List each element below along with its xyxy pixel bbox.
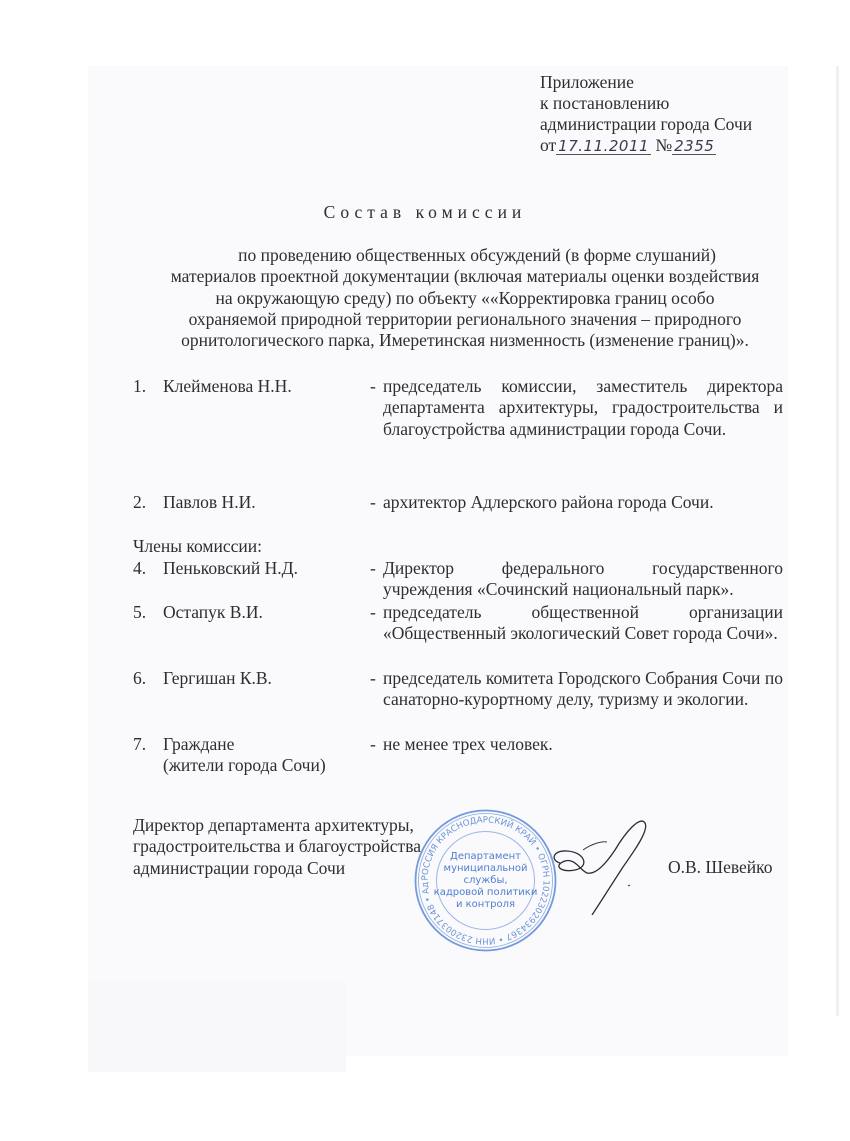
stamp-line-2: муниципальной: [444, 863, 528, 875]
member-dash: -: [370, 376, 376, 397]
number-prefix: №: [655, 135, 672, 155]
member-dash: -: [370, 602, 376, 623]
signatory-title-line-3: администрации города Сочи: [133, 858, 421, 879]
appendix-line-1: Приложение: [540, 72, 752, 93]
subtitle-line-5: орнитологического парка, Имеретинская ни…: [125, 330, 805, 351]
member-number: 7.: [133, 734, 146, 755]
handwritten-number: 2355: [672, 138, 716, 155]
member-name: Гергишан К.В.: [163, 668, 272, 689]
appendix-header: Приложение к постановлению администрации…: [540, 72, 752, 156]
member-description: Директор федерального государственного у…: [383, 558, 783, 601]
handwritten-signature-icon: [545, 815, 665, 915]
member-description: не менее трех человек.: [383, 734, 783, 755]
member-dash: -: [370, 668, 376, 689]
member-description: председатель комиссии, заместитель дирек…: [383, 376, 783, 440]
member-name: Пеньковский Н.Д.: [163, 558, 298, 579]
member-name: Павлов Н.И.: [163, 492, 256, 513]
stamp-line-4: кадровой политики: [434, 887, 538, 899]
document-title: Состав комиссии: [0, 202, 850, 223]
document-subtitle: по проведению общественных обсуждений (в…: [125, 245, 805, 351]
member-number: 6.: [133, 668, 146, 689]
appendix-line-2: к постановлению: [540, 93, 752, 114]
member-name: Граждане (жители города Сочи): [163, 734, 326, 777]
member-number: 1.: [133, 376, 146, 397]
date-prefix: от: [540, 135, 556, 155]
subtitle-line-2: материалов проектной документации (включ…: [125, 266, 805, 287]
member-description: председатель общественной организации «О…: [383, 602, 783, 645]
member-name: Клейменова Н.Н.: [163, 376, 292, 397]
signature-block: Директор департамента архитектуры, градо…: [133, 815, 421, 879]
stamp-line-3: службы,: [463, 875, 507, 887]
member-description: архитектор Адлерского района города Сочи…: [383, 492, 783, 513]
scan-background-lower: [88, 980, 346, 1072]
signatory-name: О.В. Шевейко: [668, 857, 773, 878]
official-stamp: РОССИЯ КРАСНОДАРСКИЙ КРАЙ • ОГРН 1022302…: [413, 808, 558, 953]
stamp-center-text: Департамент муниципальной службы, кадров…: [413, 808, 558, 953]
member-dash: -: [370, 734, 376, 755]
appendix-line-3: администрации города Сочи: [540, 114, 752, 135]
member-dash: -: [370, 558, 376, 579]
member-number: 4.: [133, 558, 146, 579]
signatory-title-line-1: Директор департамента архитектуры,: [133, 815, 421, 836]
signatory-title-line-2: градостроительства и благоустройства: [133, 836, 421, 857]
appendix-date-line: от17.11.2011 №2355: [540, 135, 752, 156]
stamp-line-5: и контроля: [456, 899, 515, 911]
members-section-label: Члены комиссии:: [133, 536, 262, 557]
member-name-line-2: (жители города Сочи): [163, 755, 326, 775]
subtitle-line-3: на окружающую среду) по объекту ««Коррек…: [125, 288, 805, 309]
subtitle-line-1: по проведению общественных обсуждений (в…: [125, 245, 805, 266]
member-name-line-1: Граждане: [163, 734, 234, 754]
member-description: председатель комитета Городского Собрани…: [383, 668, 783, 711]
handwritten-date: 17.11.2011: [556, 138, 651, 155]
stamp-line-1: Департамент: [450, 851, 521, 863]
member-number: 2.: [133, 492, 146, 513]
member-dash: -: [370, 492, 376, 513]
member-number: 5.: [133, 602, 146, 623]
member-name: Остапук В.И.: [163, 602, 263, 623]
subtitle-line-4: охраняемой природной территории регионал…: [125, 309, 805, 330]
